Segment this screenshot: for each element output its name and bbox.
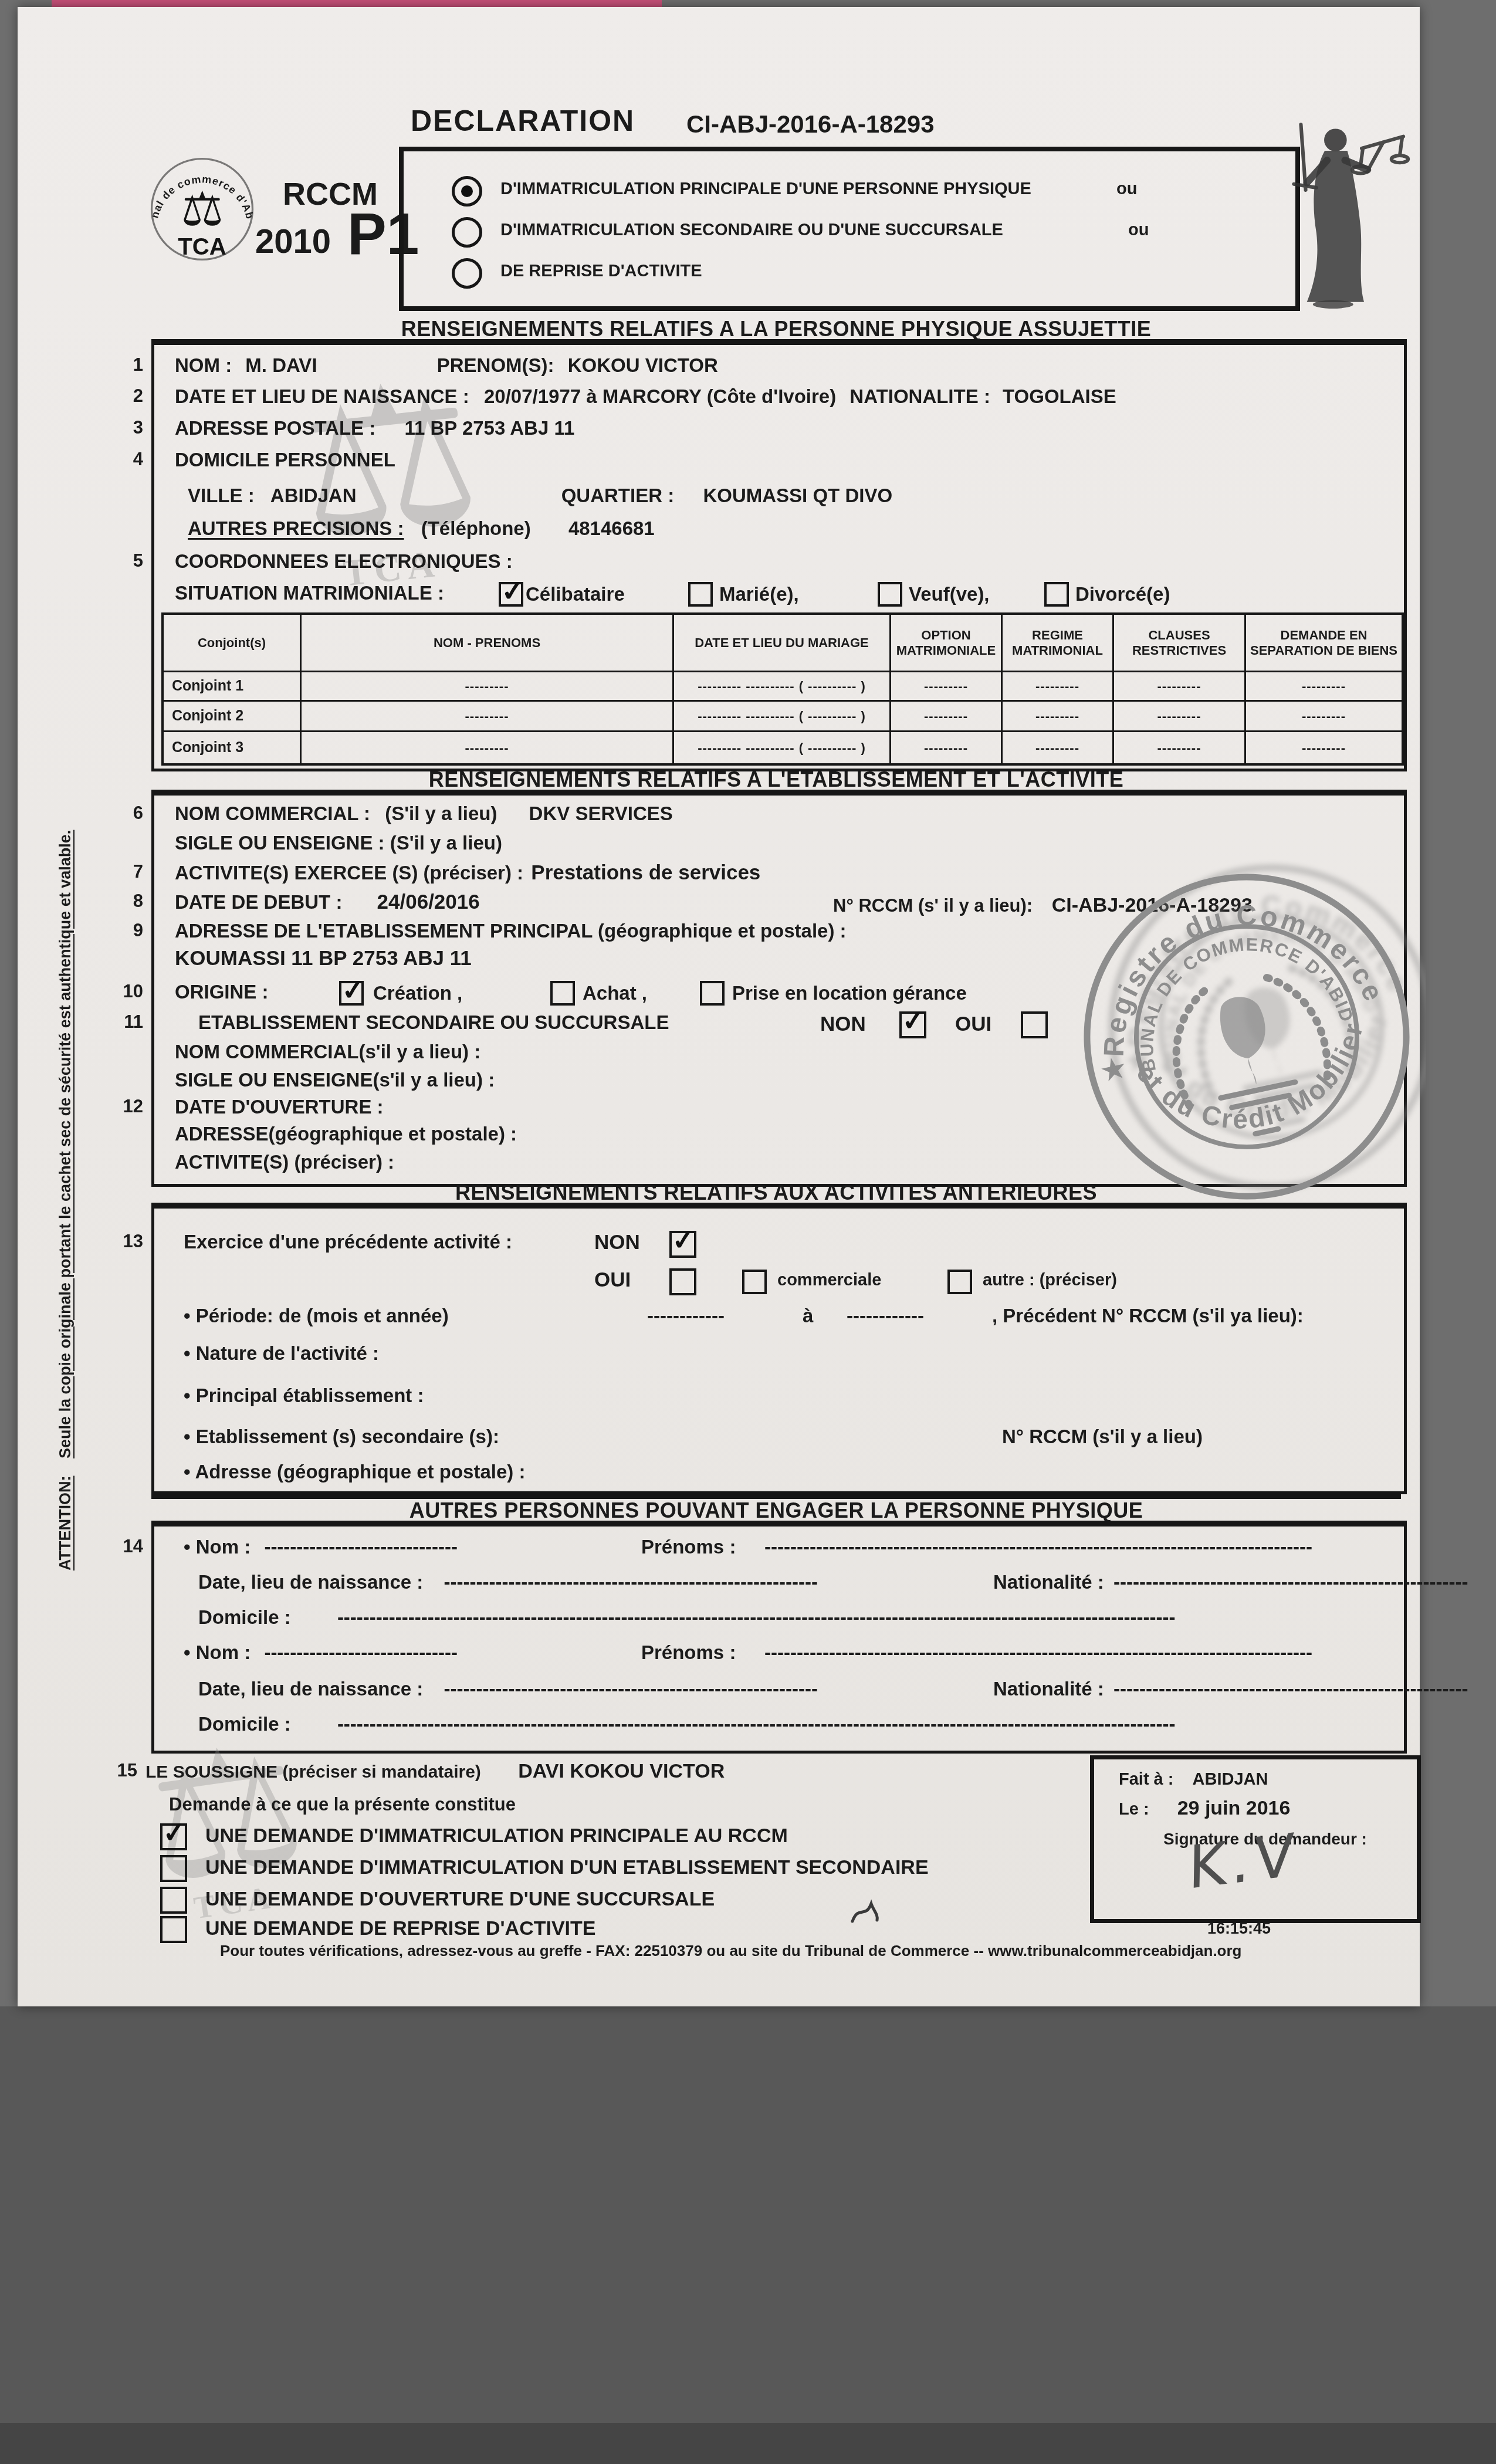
nom-label: NOM : bbox=[175, 354, 232, 376]
sigle2-label: SIGLE OU ENSEIGNE(s'il y a lieu) : bbox=[175, 1069, 495, 1091]
item-number-15: 15 bbox=[106, 1760, 137, 1781]
cell-dash: --------- bbox=[302, 732, 674, 763]
checkbox-autre[interactable] bbox=[947, 1270, 972, 1294]
item-number-11: 11 bbox=[111, 1011, 143, 1033]
signature-box: Fait à : ABIDJAN Le : 29 juin 2016 Signa… bbox=[1090, 1755, 1421, 1923]
periode-dash-to: ------------ bbox=[847, 1305, 924, 1327]
adresse-postale-value: 11 BP 2753 ABJ 11 bbox=[404, 417, 574, 439]
option-label: D'IMMATRICULATION SECONDAIRE OU D'UNE SU… bbox=[500, 221, 1003, 240]
nationalite-dash: ----------------------------------------… bbox=[1113, 1571, 1468, 1593]
check-icon: ✓ bbox=[671, 1223, 696, 1258]
activite-value: Prestations de services bbox=[531, 861, 760, 884]
domicile-dash: ----------------------------------------… bbox=[337, 1606, 1176, 1628]
checkbox-creation[interactable]: ✓ bbox=[339, 981, 364, 1006]
declaration-type-box: D'IMMATRICULATION PRINCIPALE D'UNE PERSO… bbox=[399, 147, 1300, 311]
timestamp: 16:15:45 bbox=[1207, 1920, 1271, 1938]
cell-dash-date: --------- ---------- ( ---------- ) bbox=[674, 672, 891, 702]
checkbox-non-secondaire[interactable]: ✓ bbox=[899, 1011, 926, 1038]
etab-secondaires-label: • Etablissement (s) secondaire (s): bbox=[184, 1426, 499, 1447]
item-number-5: 5 bbox=[111, 550, 143, 571]
checkbox-demande-etab-secondaire[interactable] bbox=[160, 1855, 187, 1882]
adresse-etab-label: ADRESSE DE L'ETABLISSEMENT PRINCIPAL (gé… bbox=[175, 920, 847, 942]
section-autres-title: AUTRES PERSONNES POUVANT ENGAGER LA PERS… bbox=[151, 1498, 1401, 1523]
cell-dash: --------- bbox=[1114, 702, 1246, 732]
nom-dash: ------------------------------ bbox=[264, 1536, 458, 1558]
nature-label: • Nature de l'activité : bbox=[184, 1342, 379, 1365]
section-etab-title: RENSEIGNEMENTS RELATIFS A L'ETABLISSEMEN… bbox=[151, 767, 1401, 792]
or-label: ou bbox=[1128, 221, 1149, 240]
nationalite-label: NATIONALITE : bbox=[849, 385, 990, 407]
telephone-value: 48146681 bbox=[568, 517, 655, 539]
row-situation-matrimoniale: SITUATION MATRIMONIALE : ✓ Célibataire M… bbox=[175, 582, 1395, 604]
nationalite-label: Nationalité : bbox=[993, 1678, 1104, 1700]
cell-dash-date: --------- ---------- ( ---------- ) bbox=[674, 732, 891, 763]
fait-a-value: ABIDJAN bbox=[1193, 1770, 1268, 1789]
attention-prefix: ATTENTION: bbox=[56, 1476, 74, 1571]
item-number-1: 1 bbox=[111, 354, 143, 375]
activite-label: ACTIVITE(S) EXERCEE (S) (préciser) : bbox=[175, 862, 523, 884]
row-autre-domicile-1: Domicile : -----------------------------… bbox=[198, 1606, 1175, 1629]
periode-dash-from: ------------ bbox=[647, 1305, 725, 1327]
situation-label: SITUATION MATRIMONIALE : bbox=[175, 582, 444, 604]
col-header: OPTION MATRIMONIALE bbox=[891, 615, 1003, 672]
prenom-value: KOKOU VICTOR bbox=[568, 354, 718, 376]
checkbox-demande-reprise[interactable] bbox=[160, 1916, 187, 1943]
row-autre-nom-2: • Nom : ------------------------------ P… bbox=[184, 1641, 1392, 1664]
nom-commercial-value: DKV SERVICES bbox=[529, 803, 673, 824]
non-label: NON bbox=[594, 1231, 640, 1254]
naissance-dash: ----------------------------------------… bbox=[444, 1571, 818, 1593]
row-autre-nom-1: • Nom : ------------------------------ P… bbox=[184, 1536, 1392, 1558]
row-autre-domicile-2: Domicile : -----------------------------… bbox=[198, 1713, 1175, 1735]
cell-dash: --------- bbox=[1114, 732, 1246, 763]
row-naissance: DATE ET LIEU DE NAISSANCE : 20/07/1977 à… bbox=[175, 385, 1116, 408]
fait-a-label: Fait à : bbox=[1119, 1770, 1173, 1789]
cell-dash: --------- bbox=[1246, 672, 1402, 702]
row-ville: VILLE : ABIDJAN QUARTIER : KOUMASSI QT D… bbox=[188, 485, 892, 507]
cell-dash: --------- bbox=[302, 672, 674, 702]
fait-a-row: Fait à : ABIDJAN bbox=[1119, 1770, 1268, 1789]
section-anterieures-title: RENSEIGNEMENTS RELATIFS AUX ACTIVITES AN… bbox=[151, 1180, 1401, 1205]
etab-secondaire-label: ETABLISSEMENT SECONDAIRE OU SUCCURSALE bbox=[198, 1011, 669, 1033]
oui-label: OUI bbox=[955, 1013, 991, 1036]
item-number-6: 6 bbox=[111, 803, 143, 824]
conjoint-row-label: Conjoint 1 bbox=[164, 672, 302, 702]
row-date-debut: DATE DE DEBUT : 24/06/2016 bbox=[175, 891, 480, 914]
prenom-label: PRENOM(S): bbox=[437, 354, 554, 376]
prenoms-dash: ----------------------------------------… bbox=[764, 1536, 1312, 1558]
date-row: Le : 29 juin 2016 bbox=[1119, 1797, 1290, 1820]
cell-dash: --------- bbox=[1003, 672, 1114, 702]
check-icon: ✓ bbox=[901, 1004, 926, 1038]
scanner-background bbox=[0, 2006, 1496, 2464]
cell-dash: --------- bbox=[891, 732, 1003, 763]
option-label: DE REPRISE D'ACTIVITE bbox=[500, 262, 702, 281]
col-header: DEMANDE EN SEPARATION DE BIENS bbox=[1246, 615, 1402, 672]
nom-dash: ------------------------------ bbox=[264, 1641, 458, 1663]
item-number-4: 4 bbox=[111, 449, 143, 470]
form-year: 2010 bbox=[255, 222, 331, 261]
location-gerance-label: Prise en location gérance bbox=[732, 982, 967, 1004]
nom-value: M. DAVI bbox=[245, 354, 317, 376]
checkbox-oui-precedente[interactable] bbox=[669, 1268, 696, 1295]
checkbox-veuf[interactable] bbox=[878, 582, 902, 607]
celibataire-label: Célibataire bbox=[526, 583, 625, 605]
quartier-value: KOUMASSI QT DIVO bbox=[703, 485, 892, 506]
quartier-label: QUARTIER : bbox=[561, 485, 675, 506]
item-number-2: 2 bbox=[111, 385, 143, 407]
item-number-12: 12 bbox=[111, 1096, 143, 1117]
check-icon: ✓ bbox=[340, 973, 366, 1008]
row-autres-precisions: AUTRES PRECISIONS : (Téléphone) 48146681 bbox=[188, 517, 655, 540]
row-autre-naissance-2: Date, lieu de naissance : --------------… bbox=[198, 1678, 1392, 1700]
rccm-number-label: N° RCCM (s' il y a lieu): bbox=[833, 895, 1033, 916]
cell-dash: --------- bbox=[1246, 702, 1402, 732]
date-value: 29 juin 2016 bbox=[1177, 1797, 1291, 1819]
checkbox-achat[interactable] bbox=[550, 981, 575, 1006]
nom-commercial2-label: NOM COMMERCIAL(s'il y a lieu) : bbox=[175, 1041, 480, 1063]
row-soussigne: LE SOUSSIGNE (préciser si mandataire) DA… bbox=[145, 1760, 725, 1783]
adresse-etab-value: KOUMASSI 11 BP 2753 ABJ 11 bbox=[175, 947, 472, 970]
check-icon: ✓ bbox=[161, 1816, 187, 1850]
soussigne-name: DAVI KOKOU VICTOR bbox=[518, 1760, 725, 1782]
oui-label: OUI bbox=[594, 1268, 631, 1292]
cell-dash: --------- bbox=[1114, 672, 1246, 702]
principal-etab-label: • Principal établissement : bbox=[184, 1385, 424, 1407]
naissance-dash: ----------------------------------------… bbox=[444, 1678, 818, 1700]
naissance-value: 20/07/1977 à MARCORY (Côte d'Ivoire) bbox=[484, 385, 836, 407]
item-number-9: 9 bbox=[111, 920, 143, 941]
cell-dash: --------- bbox=[891, 702, 1003, 732]
autres-precisions-label: AUTRES PRECISIONS : bbox=[188, 517, 404, 539]
row-exercice: Exercice d'une précédente activité : NON… bbox=[184, 1231, 1386, 1253]
naissance-label: Date, lieu de naissance : bbox=[198, 1678, 423, 1700]
origine-label: ORIGINE : bbox=[175, 981, 269, 1003]
col-header: CLAUSES RESTRICTIVES bbox=[1114, 615, 1246, 672]
prenoms-label: Prénoms : bbox=[641, 1641, 736, 1664]
item-number-7: 7 bbox=[111, 861, 143, 882]
conjoint-row-label: Conjoint 2 bbox=[164, 702, 302, 732]
court-round-stamp: Registre du Commerce TRIBUNAL DE COMMERC… bbox=[1068, 858, 1426, 1216]
row-adresse-postale: ADRESSE POSTALE : 11 BP 2753 ABJ 11 bbox=[175, 417, 574, 439]
check-icon: ✓ bbox=[500, 574, 526, 609]
checkbox-oui-secondaire[interactable] bbox=[1021, 1011, 1048, 1038]
cell-dash: --------- bbox=[1246, 732, 1402, 763]
a-label: à bbox=[803, 1305, 813, 1327]
sigle-label: SIGLE OU ENSEIGNE : (S'il y a lieu) bbox=[175, 832, 502, 854]
rccm-silieu-label: N° RCCM (s'il y a lieu) bbox=[1002, 1426, 1203, 1448]
logo-tca-text: TCA bbox=[178, 233, 226, 260]
section-person-title: RENSEIGNEMENTS RELATIFS A LA PERSONNE PH… bbox=[151, 317, 1401, 341]
ink-mark bbox=[848, 1899, 883, 1925]
scanned-declaration-page: DECLARATION CI-ABJ-2016-A-18293 Tribunal… bbox=[0, 0, 1496, 2464]
attention-text: Seule la copie originale portant le cach… bbox=[56, 830, 74, 1458]
row-activite: ACTIVITE(S) EXERCEE (S) (préciser) : Pre… bbox=[175, 861, 760, 885]
lady-justice-icon bbox=[1273, 114, 1411, 310]
demande-option-label: UNE DEMANDE D'IMMATRICULATION PRINCIPALE… bbox=[205, 1825, 788, 1847]
checkbox-non-precedente[interactable]: ✓ bbox=[669, 1231, 696, 1258]
item-number-13: 13 bbox=[111, 1231, 143, 1252]
demande-option-label: UNE DEMANDE D'OUVERTURE D'UNE SUCCURSALE bbox=[205, 1888, 715, 1911]
nom-commercial-label: NOM COMMERCIAL : bbox=[175, 803, 370, 824]
item-number-8: 8 bbox=[111, 891, 143, 912]
prenoms-dash: ----------------------------------------… bbox=[764, 1641, 1312, 1664]
veuf-label: Veuf(ve), bbox=[909, 583, 990, 605]
coordonnees-label: COORDONNEES ELECTRONIQUES : bbox=[175, 550, 513, 573]
adresse2-label: ADRESSE(géographique et postale) : bbox=[175, 1123, 517, 1145]
col-header: DATE ET LIEU DU MARIAGE bbox=[674, 615, 891, 672]
adresse-postale-label: ADRESSE POSTALE : bbox=[175, 417, 375, 439]
nom-label: • Nom : bbox=[184, 1536, 251, 1558]
le-label: Le : bbox=[1119, 1800, 1149, 1819]
form-title: DECLARATION bbox=[411, 104, 635, 138]
form-paper: DECLARATION CI-ABJ-2016-A-18293 Tribunal… bbox=[18, 7, 1420, 2006]
checkbox-marie[interactable] bbox=[688, 582, 713, 607]
cell-dash: --------- bbox=[1003, 732, 1114, 763]
marie-label: Marié(e), bbox=[719, 583, 799, 605]
adresse-anterieure-label: • Adresse (géographique et postale) : bbox=[184, 1461, 525, 1483]
achat-label: Achat , bbox=[583, 982, 647, 1004]
radio-immatriculation-secondaire[interactable] bbox=[452, 217, 482, 248]
si-lieu-label: (S'il y a lieu) bbox=[385, 803, 497, 824]
attention-note: ATTENTION: Seule la copie originale port… bbox=[56, 679, 75, 1571]
radio-dot bbox=[461, 185, 473, 197]
conjoint-row-label: Conjoint 3 bbox=[164, 732, 302, 763]
checkbox-location-gerance[interactable] bbox=[700, 981, 725, 1006]
activite2-label: ACTIVITE(S) (préciser) : bbox=[175, 1151, 394, 1173]
row-periode: • Période: de (mois et année) ----------… bbox=[184, 1305, 1386, 1327]
option-label: D'IMMATRICULATION PRINCIPALE D'UNE PERSO… bbox=[500, 180, 1031, 199]
cell-dash: --------- bbox=[1003, 702, 1114, 732]
col-header: REGIME MATRIMONIAL bbox=[1003, 615, 1114, 672]
checkbox-celibataire[interactable]: ✓ bbox=[499, 582, 523, 607]
col-header: NOM - PRENOMS bbox=[302, 615, 674, 672]
periode-label: • Période: de (mois et année) bbox=[184, 1305, 449, 1326]
radio-reprise-activite[interactable] bbox=[452, 258, 482, 289]
date-debut-value: 24/06/2016 bbox=[377, 891, 480, 913]
cell-dash: --------- bbox=[302, 702, 674, 732]
domicile-label: Domicile : bbox=[198, 1606, 291, 1628]
item-number-10: 10 bbox=[111, 981, 143, 1002]
ville-value: ABIDJAN bbox=[270, 485, 357, 506]
nom-label: • Nom : bbox=[184, 1641, 251, 1663]
exercice-label: Exercice d'une précédente activité : bbox=[184, 1231, 512, 1253]
autre-label: autre : (préciser) bbox=[983, 1271, 1117, 1290]
date-ouverture-label: DATE D'OUVERTURE : bbox=[175, 1096, 384, 1118]
handwritten-signature: K.V bbox=[1188, 1820, 1299, 1903]
item-number-14: 14 bbox=[111, 1536, 143, 1557]
row-etab-secondaires: • Etablissement (s) secondaire (s): N° R… bbox=[184, 1426, 1386, 1448]
prenoms-label: Prénoms : bbox=[641, 1536, 736, 1558]
radio-immatriculation-principale[interactable] bbox=[452, 176, 482, 207]
domicile-dash: ----------------------------------------… bbox=[337, 1713, 1176, 1735]
conjoint-table: Conjoint(s) NOM - PRENOMS DATE ET LIEU D… bbox=[161, 612, 1404, 766]
item-number-3: 3 bbox=[111, 417, 143, 438]
row-nom-commercial: NOM COMMERCIAL : (S'il y a lieu) DKV SER… bbox=[175, 803, 673, 825]
col-header: Conjoint(s) bbox=[164, 615, 302, 672]
document-number: CI-ABJ-2016-A-18293 bbox=[686, 110, 935, 138]
nationalite-dash: ----------------------------------------… bbox=[1113, 1678, 1468, 1700]
naissance-label: DATE ET LIEU DE NAISSANCE : bbox=[175, 385, 469, 407]
scanner-background-edge bbox=[0, 2423, 1496, 2464]
telephone-label: (Téléphone) bbox=[421, 517, 531, 539]
checkbox-divorce[interactable] bbox=[1044, 582, 1069, 607]
creation-label: Création , bbox=[373, 982, 462, 1004]
demande-intro-label: Demande à ce que la présente constitue bbox=[169, 1794, 516, 1815]
cell-dash-date: --------- ---------- ( ---------- ) bbox=[674, 702, 891, 732]
checkbox-demande-succursale[interactable] bbox=[160, 1887, 187, 1914]
date-debut-label: DATE DE DEBUT : bbox=[175, 891, 342, 913]
soussigne-label: LE SOUSSIGNE (préciser si mandataire) bbox=[145, 1762, 481, 1782]
domicile-personnel-label: DOMICILE PERSONNEL bbox=[175, 449, 395, 471]
or-label: ou bbox=[1116, 180, 1137, 199]
demande-option-label: UNE DEMANDE D'IMMATRICULATION D'UN ETABL… bbox=[205, 1856, 929, 1879]
checkbox-commerciale[interactable] bbox=[742, 1270, 767, 1294]
precedent-rccm-label: , Précédent N° RCCM (s'il ya lieu): bbox=[992, 1305, 1304, 1327]
row-autre-naissance-1: Date, lieu de naissance : --------------… bbox=[198, 1571, 1392, 1593]
row-nom: NOM : M. DAVI PRENOM(S): KOKOU VICTOR bbox=[175, 354, 718, 377]
verification-footer: Pour toutes vérifications, adressez-vous… bbox=[220, 1942, 1242, 1960]
tca-court-logo: Tribunal de commerce d'Abidjan ⚖ TCA bbox=[148, 155, 256, 263]
ville-label: VILLE : bbox=[188, 485, 255, 506]
divorce-label: Divorcé(e) bbox=[1075, 583, 1170, 605]
nationalite-label: Nationalité : bbox=[993, 1571, 1104, 1593]
domicile-label: Domicile : bbox=[198, 1713, 291, 1735]
cell-dash: --------- bbox=[891, 672, 1003, 702]
commerciale-label: commerciale bbox=[777, 1271, 881, 1290]
naissance-label: Date, lieu de naissance : bbox=[198, 1571, 423, 1593]
checkbox-demande-principale[interactable]: ✓ bbox=[160, 1823, 187, 1850]
nationalite-value: TOGOLAISE bbox=[1003, 385, 1116, 407]
non-label: NON bbox=[820, 1013, 866, 1036]
scales-icon: ⚖ bbox=[181, 183, 223, 236]
demande-option-label: UNE DEMANDE DE REPRISE D'ACTIVITE bbox=[205, 1917, 596, 1940]
